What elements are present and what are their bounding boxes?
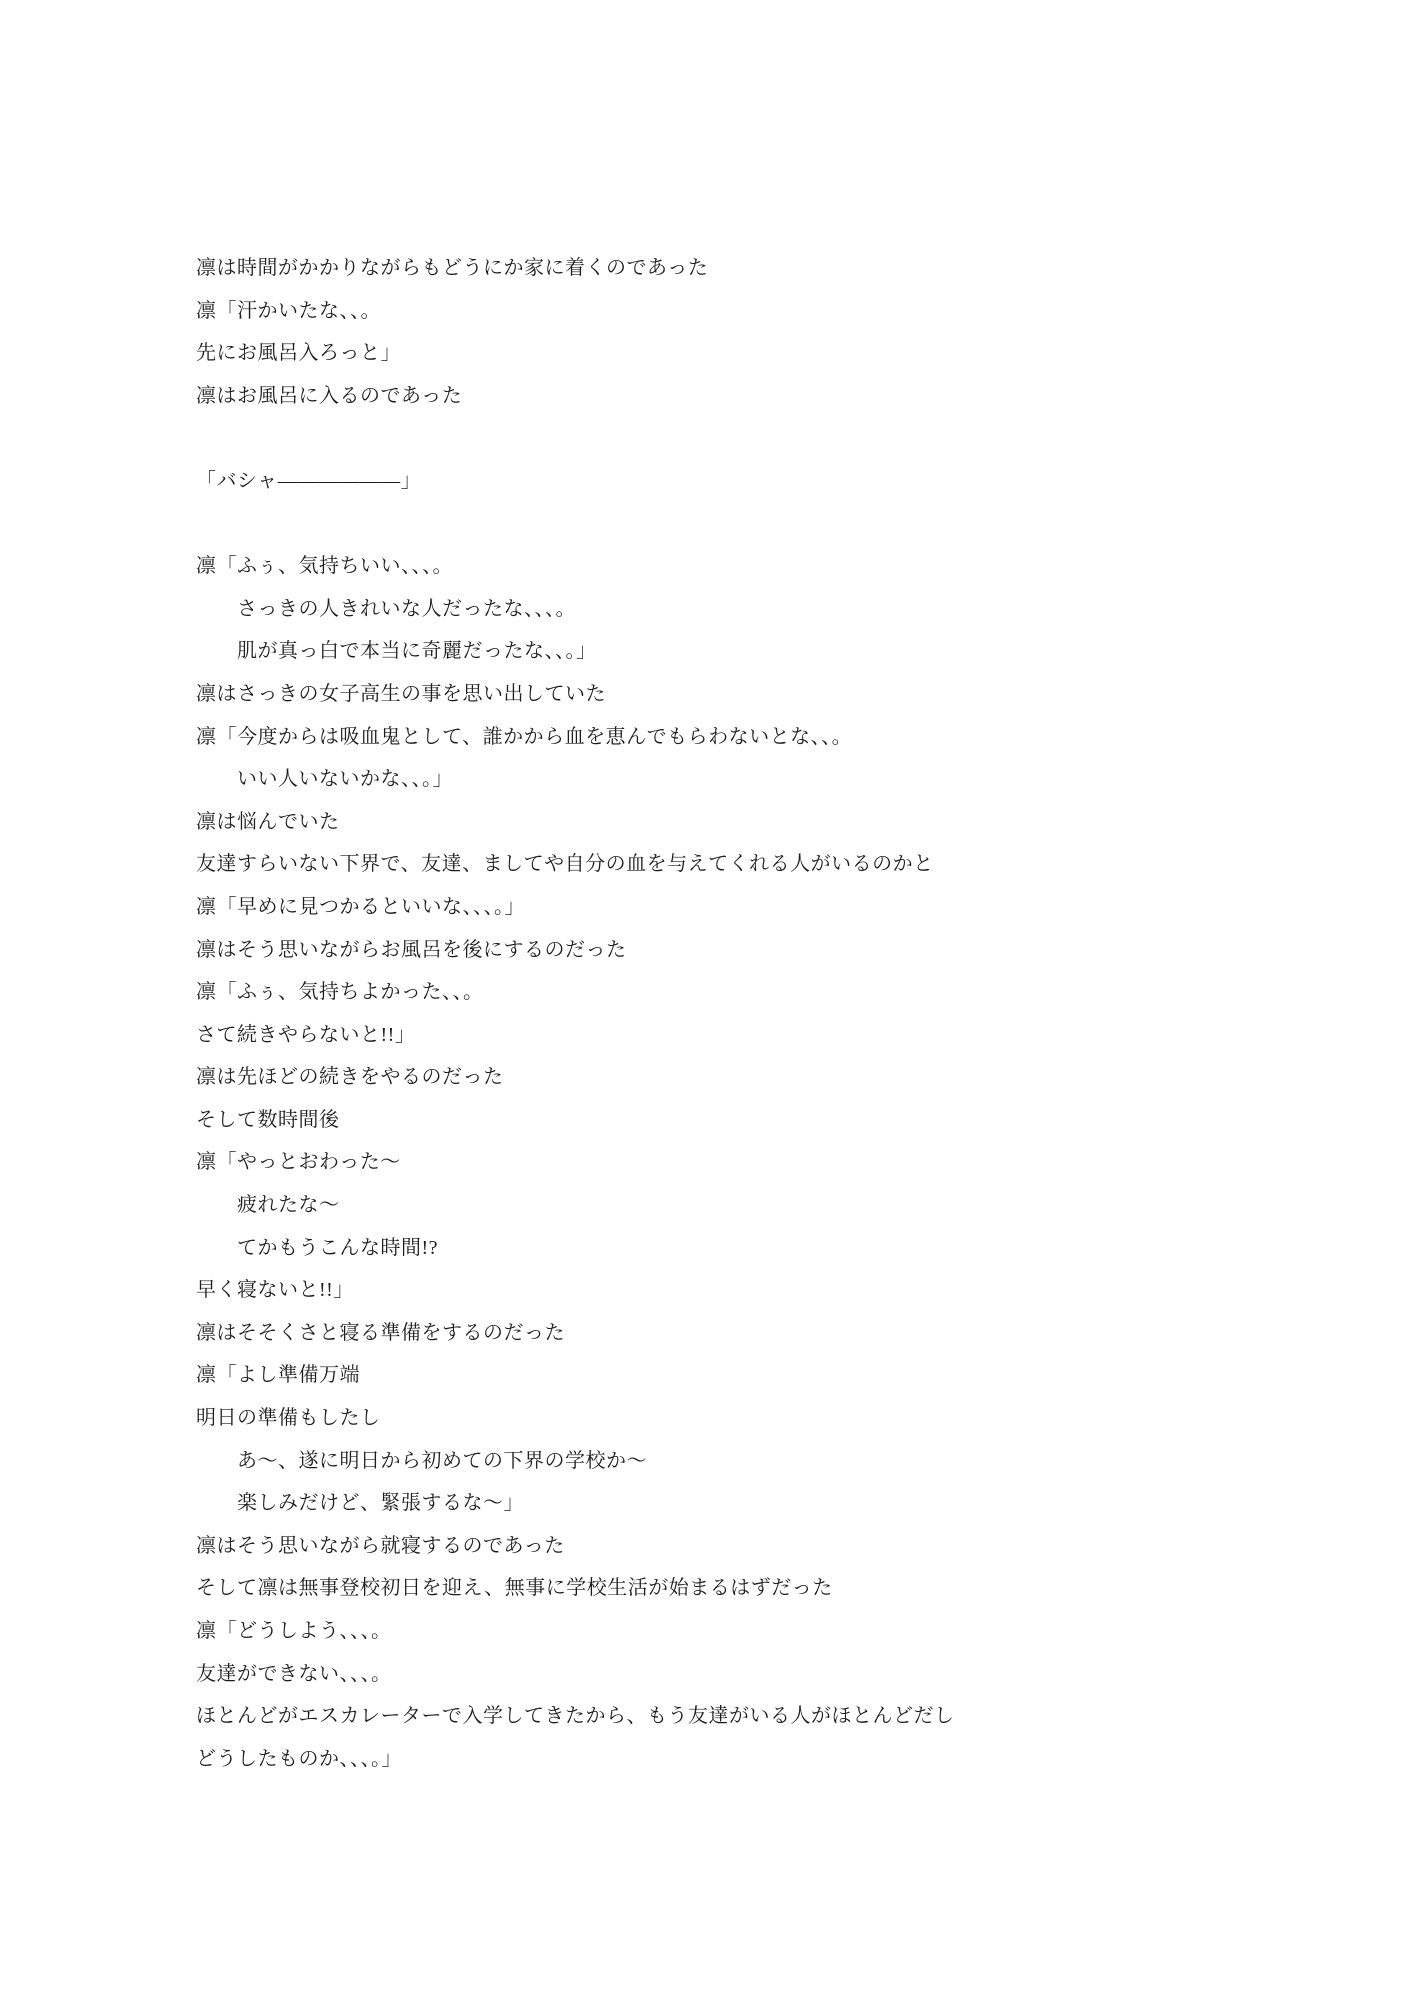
text-line: さっきの人きれいな人だったな、、、。: [196, 588, 1296, 631]
text-line: さて続きやらないと!!」: [196, 1014, 1296, 1057]
text-line: 明日の準備もしたし: [196, 1397, 1296, 1440]
text-line: 凛「ふぅ、気持ちいい、、、。: [196, 545, 1296, 588]
text-line: 凛「よし準備万端: [196, 1354, 1296, 1397]
text-line: 凛はそう思いながらお風呂を後にするのだった: [196, 929, 1296, 972]
text-line: [196, 417, 1296, 460]
text-line: 凛「ふぅ、気持ちよかった、、。: [196, 971, 1296, 1014]
text-line: [196, 503, 1296, 546]
text-line: そして数時間後: [196, 1099, 1296, 1142]
novel-text-block: 凛は時間がかかりながらもどうにか家に着くのであった凛「汗かいたな、、。先にお風呂…: [196, 247, 1296, 1780]
text-line: 早く寝ないと!!」: [196, 1269, 1296, 1312]
text-line: 凛「今度からは吸血鬼として、誰かから血を恵んでもらわないとな、、。: [196, 716, 1296, 759]
text-line: 凛「早めに見つかるといいな、、、。」: [196, 886, 1296, 929]
text-line: ほとんどがエスカレーターで入学してきたから、もう友達がいる人がほとんどだし: [196, 1695, 1296, 1738]
text-line: どうしたものか、、、。」: [196, 1738, 1296, 1781]
text-line: 疲れたな〜: [196, 1184, 1296, 1227]
text-line: 楽しみだけど、緊張するな〜」: [196, 1482, 1296, 1525]
text-line: 凛は時間がかかりながらもどうにか家に着くのであった: [196, 247, 1296, 290]
text-line: 凛「汗かいたな、、。: [196, 290, 1296, 333]
text-line: 友達ができない、、、。: [196, 1653, 1296, 1696]
text-line: 凛は先ほどの続きをやるのだった: [196, 1056, 1296, 1099]
text-line: 「バシャ――――――」: [196, 460, 1296, 503]
text-line: 凛は悩んでいた: [196, 801, 1296, 844]
text-line: いい人いないかな、、。」: [196, 758, 1296, 801]
text-line: 先にお風呂入ろっと」: [196, 332, 1296, 375]
text-line: あ〜、遂に明日から初めての下界の学校か〜: [196, 1440, 1296, 1483]
text-line: 凛はさっきの女子高生の事を思い出していた: [196, 673, 1296, 716]
text-line: 凛はそそくさと寝る準備をするのだった: [196, 1312, 1296, 1355]
text-line: 肌が真っ白で本当に奇麗だったな、、。」: [196, 630, 1296, 673]
text-line: 凛「どうしよう、、、。: [196, 1610, 1296, 1653]
document-page: 凛は時間がかかりながらもどうにか家に着くのであった凛「汗かいたな、、。先にお風呂…: [0, 0, 1414, 2000]
text-line: 友達すらいない下界で、友達、ましてや自分の血を与えてくれる人がいるのかと: [196, 843, 1296, 886]
text-line: てかもうこんな時間!?: [196, 1227, 1296, 1270]
text-line: そして凛は無事登校初日を迎え、無事に学校生活が始まるはずだった: [196, 1567, 1296, 1610]
text-line: 凛はそう思いながら就寝するのであった: [196, 1525, 1296, 1568]
text-line: 凛はお風呂に入るのであった: [196, 375, 1296, 418]
text-line: 凛「やっとおわった〜: [196, 1141, 1296, 1184]
